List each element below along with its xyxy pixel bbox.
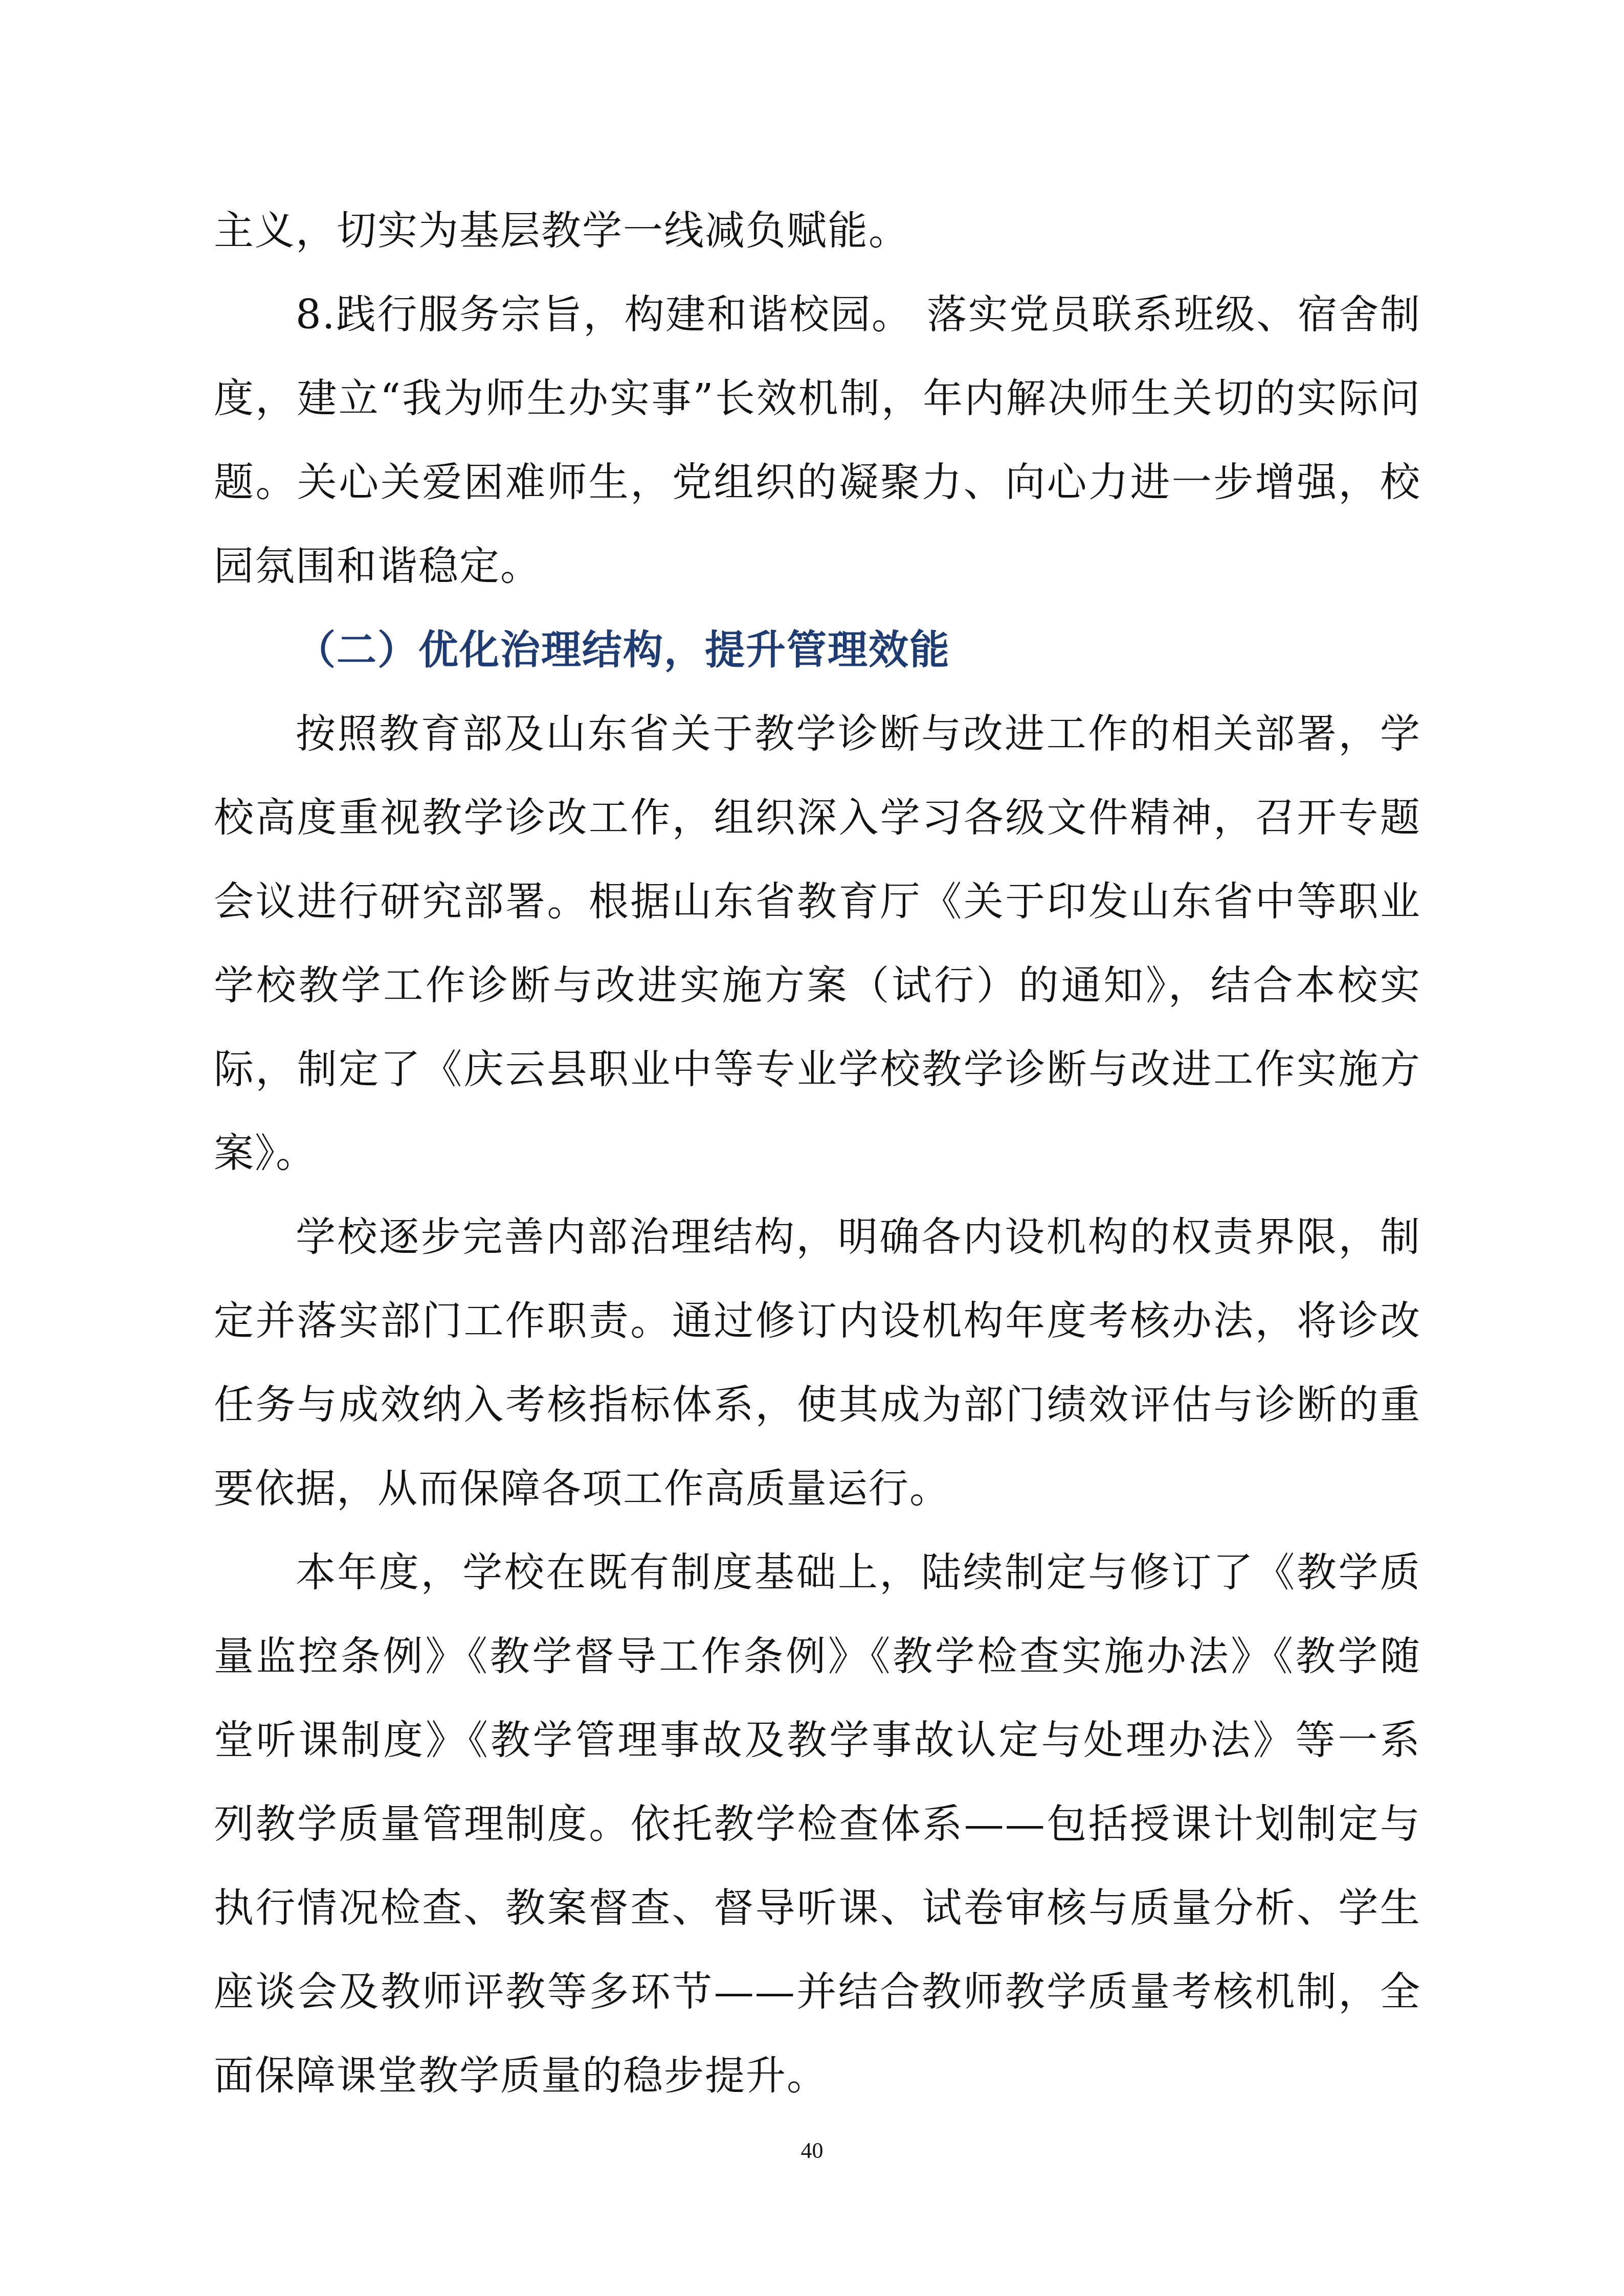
section-heading: （二）优化治理结构，提升管理效能: [214, 609, 1421, 692]
paragraph-quality-system: 本年度，学校在既有制度基础上，陆续制定与修订了《教学质量监控条例》《教学督导工作…: [214, 1531, 1421, 2118]
document-page: 主义，切实为基层教学一线减负赋能。 8.践行服务宗旨，构建和谐校园。 落实党员联…: [214, 189, 1421, 2118]
paragraph-diagnosis-deployment: 按照教育部及山东省关于教学诊断与改进工作的相关部署，学校高度重视教学诊改工作，组…: [214, 692, 1421, 1196]
paragraph-item-8: 8.践行服务宗旨，构建和谐校园。 落实党员联系班级、宿舍制度，建立“我为师生办实…: [214, 273, 1421, 609]
paragraph-governance-structure: 学校逐步完善内部治理结构，明确各内设机构的权责界限，制定并落实部门工作职责。通过…: [214, 1196, 1421, 1531]
page-number: 40: [0, 2137, 1624, 2164]
paragraph-continuation: 主义，切实为基层教学一线减负赋能。: [214, 189, 1421, 273]
